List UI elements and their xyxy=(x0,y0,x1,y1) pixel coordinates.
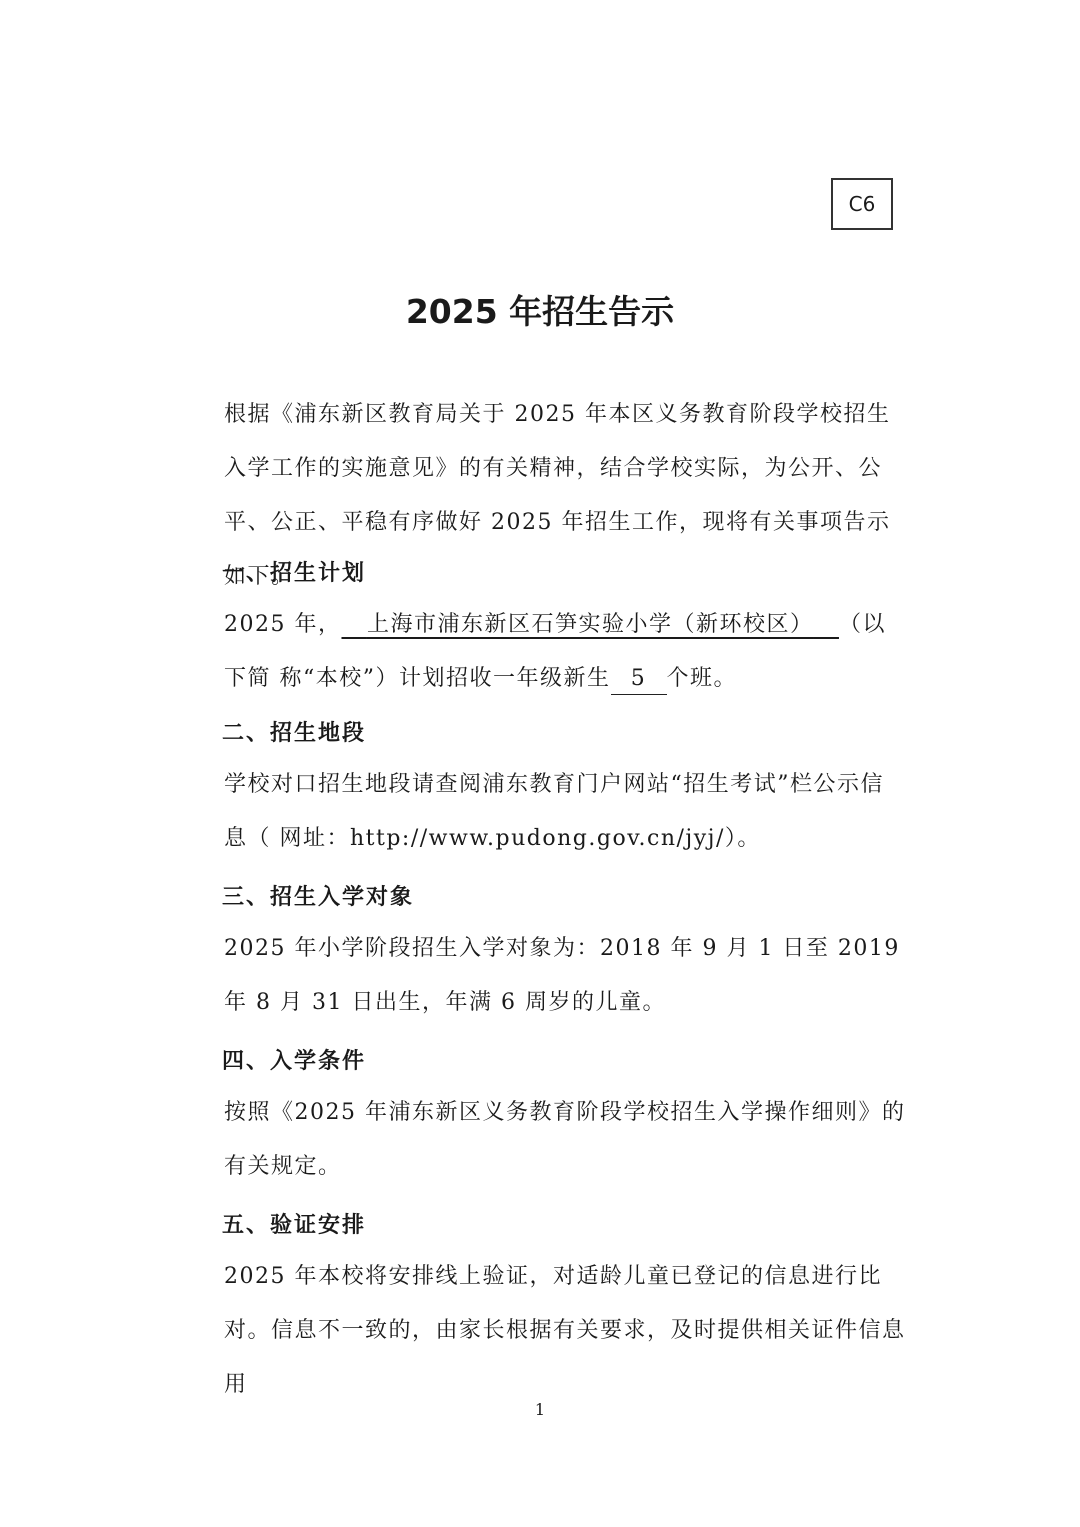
page-number: 1 xyxy=(0,1400,1080,1419)
enrollment-year-prefix: 2025 年， xyxy=(224,612,341,637)
section-1-heading: 一、招生计划 xyxy=(222,556,366,587)
section-3-body: 2025 年小学阶段招生入学对象为：2018 年 9 月 1 日至 2019 年… xyxy=(176,922,906,1030)
section-5-text: 2025 年本校将安排线上验证，对适龄儿童已登记的信息进行比对。信息不一致的，由… xyxy=(176,1250,906,1412)
section-4-heading: 四、入学条件 xyxy=(222,1044,366,1075)
document-code-box: C6 xyxy=(831,178,893,230)
section-3-heading: 三、招生入学对象 xyxy=(222,880,414,911)
section-3-text: 2025 年小学阶段招生入学对象为：2018 年 9 月 1 日至 2019 年… xyxy=(176,922,906,1030)
school-name: 上海市浦东新区石笋实验小学（新环校区） xyxy=(341,612,838,637)
section-1-body: 2025 年， 上海市浦东新区石笋实验小学（新环校区） （以下简 称“本校”）计… xyxy=(176,598,906,706)
section-5-body: 2025 年本校将安排线上验证，对适龄儿童已登记的信息进行比对。信息不一致的，由… xyxy=(176,1250,906,1412)
class-count: 5 xyxy=(611,664,667,695)
enrollment-suffix: 个班。 xyxy=(667,666,738,691)
section-4-text: 按照《2025 年浦东新区义务教育阶段学校招生入学操作细则》的有关规定。 xyxy=(176,1086,906,1194)
document-title: 2025 年招生告示 xyxy=(0,286,1080,333)
section-5-heading: 五、验证安排 xyxy=(222,1208,366,1239)
section-2-body: 学校对口招生地段请查阅浦东教育门户网站“招生考试”栏公示信息（ 网址：http:… xyxy=(176,758,906,866)
section-2-heading: 二、招生地段 xyxy=(222,716,366,747)
section-2-text: 学校对口招生地段请查阅浦东教育门户网站“招生考试”栏公示信息（ 网址：http:… xyxy=(176,758,906,866)
section-4-body: 按照《2025 年浦东新区义务教育阶段学校招生入学操作细则》的有关规定。 xyxy=(176,1086,906,1194)
